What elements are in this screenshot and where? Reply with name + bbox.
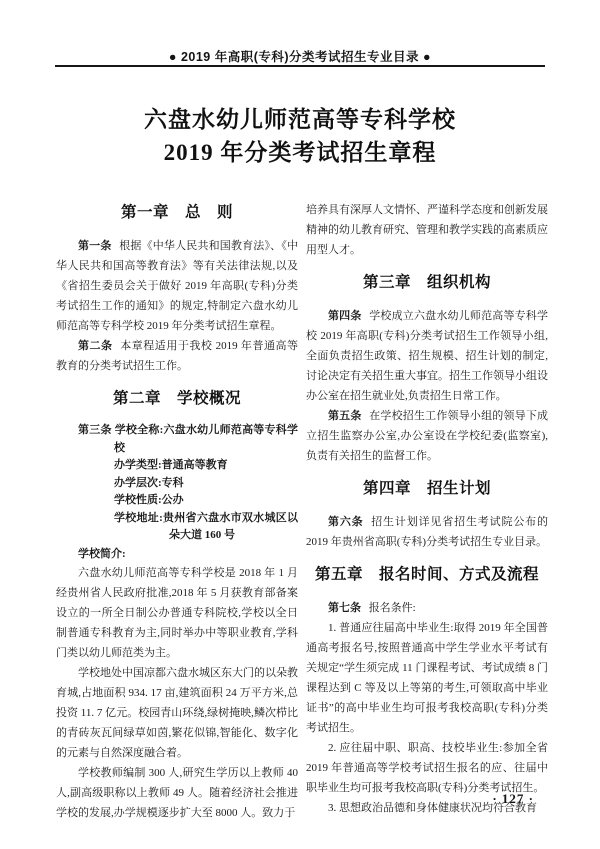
left-column: 第一章 总 则 第一条根据《中华人民共和国教育法》、《中华人民共和国高等教育法》… <box>56 200 298 823</box>
article-5-label: 第五条 <box>328 410 369 422</box>
article-1-label: 第一条 <box>78 240 119 252</box>
school-fullname-row: 第三条学校全称:六盘水幼儿师范高等专科学校 <box>56 422 298 457</box>
article-7-label: 第七条 <box>328 602 369 614</box>
document-title-line1: 六盘水幼儿师范高等专科学校 <box>0 103 600 136</box>
chapter-1-heading: 第一章 总 则 <box>56 202 298 224</box>
article-7-text: 报名条件: <box>369 602 416 614</box>
school-level-row: 办学层次:专科 <box>56 475 298 493</box>
right-column: 培养具有深厚人文情怀、严谨科学态度和创新发展精神的幼儿教育研究、管理和教学实践的… <box>306 200 548 823</box>
chapter-3-heading: 第三章 组织机构 <box>306 272 548 294</box>
school-address-value: 贵州省六盘水市双水城区以朵大道 160 号 <box>163 512 298 542</box>
article-6-label: 第六条 <box>328 516 371 528</box>
school-nature-row: 学校性质:公办 <box>56 492 298 510</box>
document-title: 六盘水幼儿师范高等专科学校 2019 年分类考试招生章程 <box>0 103 600 169</box>
school-intro-paragraph-3: 学校教师编制 300 人,研究生学历以上教师 40 人,副高级职称以上教师 49… <box>56 763 298 823</box>
article-2-label: 第二条 <box>78 340 120 352</box>
article-1-text: 根据《中华人民共和国教育法》、《中华人民共和国高等教育法》等有关法律法规,以及《… <box>56 240 298 332</box>
article-4-label: 第四条 <box>328 310 369 322</box>
school-intro-paragraph-2: 学校地处中国凉都六盘水城区东大门的以朵教育城,占地面积 934. 17 亩,建筑… <box>56 663 298 763</box>
school-type-row: 办学类型:普通高等教育 <box>56 457 298 475</box>
article-1: 第一条根据《中华人民共和国教育法》、《中华人民共和国高等教育法》等有关法律法规,… <box>56 236 298 336</box>
article-3-label: 第三条 <box>78 424 115 436</box>
school-address-label: 学校地址: <box>114 512 163 524</box>
chapter-2-heading: 第二章 学校概况 <box>56 388 298 410</box>
article-2: 第二条本章程适用于我校 2019 年普通高等教育的分类考试招生工作。 <box>56 336 298 376</box>
article-3-school-facts: 第三条学校全称:六盘水幼儿师范高等专科学校 办学类型:普通高等教育 办学层次:专… <box>56 422 298 545</box>
article-6: 第六条招生计划详见省招生考试院公布的 2019 年贵州省高职(专科)分类考试招生… <box>306 512 548 552</box>
school-intro-paragraph-1: 六盘水幼儿师范高等专科学校是 2018 年 1 月经贵州省人民政府批准,2018… <box>56 563 298 663</box>
article-7: 第七条报名条件: <box>306 598 548 618</box>
header-rule <box>55 65 545 67</box>
document-page: ● 2019 年高职(专科)分类考试招生专业目录 ● 六盘水幼儿师范高等专科学校… <box>0 0 600 849</box>
condition-item-2: 2. 应往届中职、职高、技校毕业生:参加全省 2019 年普通高等学校考试招生报… <box>306 738 548 798</box>
chapter-5-heading: 第五章 报名时间、方式及流程 <box>306 564 548 586</box>
school-intro-paragraph-3-continued: 培养具有深厚人文情怀、严谨科学态度和创新发展精神的幼儿教育研究、管理和教学实践的… <box>306 200 548 260</box>
page-number: · 127 · <box>306 791 548 807</box>
school-fullname: 学校全称:六盘水幼儿师范高等专科学校 <box>114 424 298 454</box>
school-address-row: 学校地址:贵州省六盘水市双水城区以朵大道 160 号 <box>56 510 298 545</box>
school-intro-label: 学校简介: <box>56 545 298 563</box>
running-head: ● 2019 年高职(专科)分类考试招生专业目录 ● <box>0 47 600 65</box>
article-4-text: 学校成立六盘水幼儿师范高等专科学校 2019 年高职(专科)分类考试招生工作领导… <box>306 310 548 402</box>
condition-item-1: 1. 普通应往届高中毕业生:取得 2019 年全国普通高考报名号,按照普通高中学… <box>306 618 548 738</box>
article-5: 第五条在学校招生工作领导小组的领导下成立招生监察办公室,办公室设在学校纪委(监察… <box>306 406 548 466</box>
chapter-4-heading: 第四章 招生计划 <box>306 478 548 500</box>
two-column-body: 第一章 总 则 第一条根据《中华人民共和国教育法》、《中华人民共和国高等教育法》… <box>56 200 548 823</box>
document-title-line2: 2019 年分类考试招生章程 <box>0 136 600 169</box>
article-4: 第四条学校成立六盘水幼儿师范高等专科学校 2019 年高职(专科)分类考试招生工… <box>306 306 548 406</box>
